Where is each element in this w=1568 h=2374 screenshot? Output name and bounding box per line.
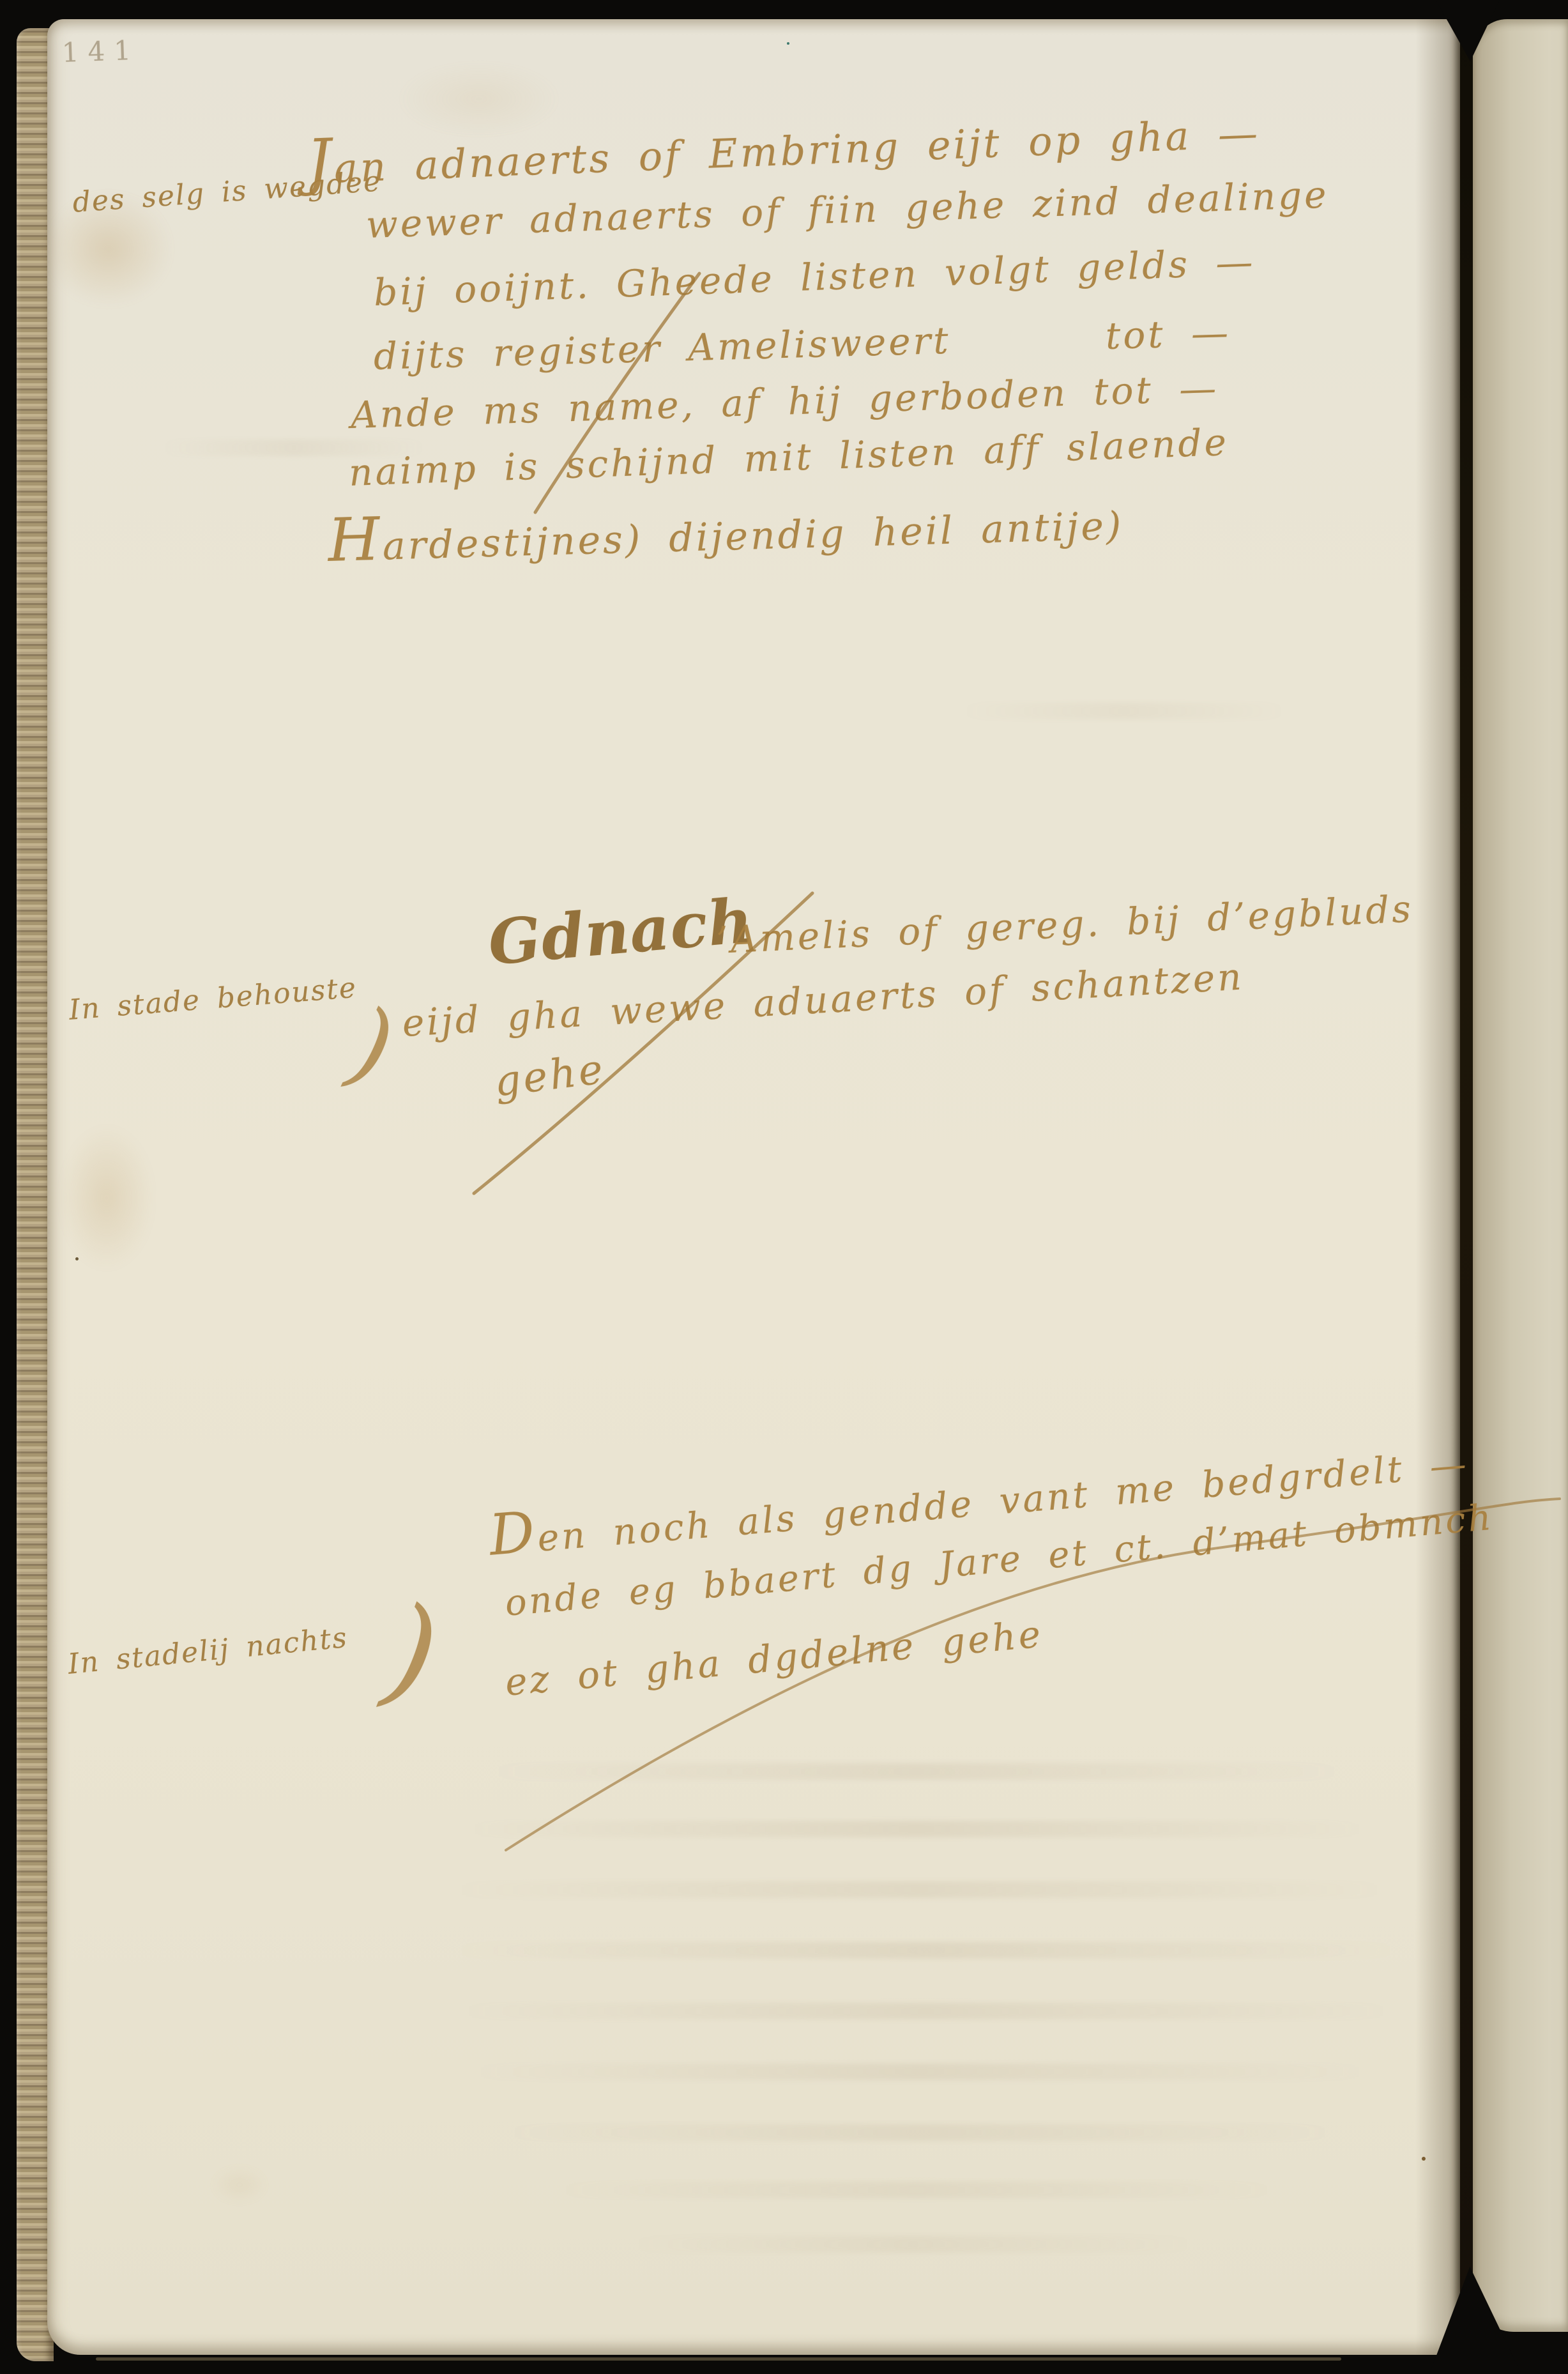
show-through-line (460, 1821, 1373, 1837)
paper-speck (75, 1257, 79, 1260)
pencil-page-number: 141 (61, 34, 141, 68)
paper-speck (1422, 2157, 1426, 2161)
show-through-line (447, 1881, 1392, 1898)
paper-stain (59, 1124, 155, 1271)
show-through-line (447, 1942, 1405, 1959)
show-through-line (453, 2003, 1399, 2019)
show-through-line (549, 2182, 1284, 2198)
under-page-edge (96, 2357, 1341, 2361)
paper-stain (211, 2166, 268, 2204)
paper-speck (787, 42, 789, 45)
show-through-line (498, 2124, 1341, 2141)
show-through-line (485, 1763, 1348, 1780)
photo-background: 141 des selg is wegdee Jan adnaerts of E… (0, 0, 1568, 2374)
show-through-line (626, 2236, 1201, 2253)
show-through-line (958, 703, 1290, 719)
facing-page-sliver (1473, 19, 1568, 2332)
show-through-line (466, 2064, 1373, 2080)
